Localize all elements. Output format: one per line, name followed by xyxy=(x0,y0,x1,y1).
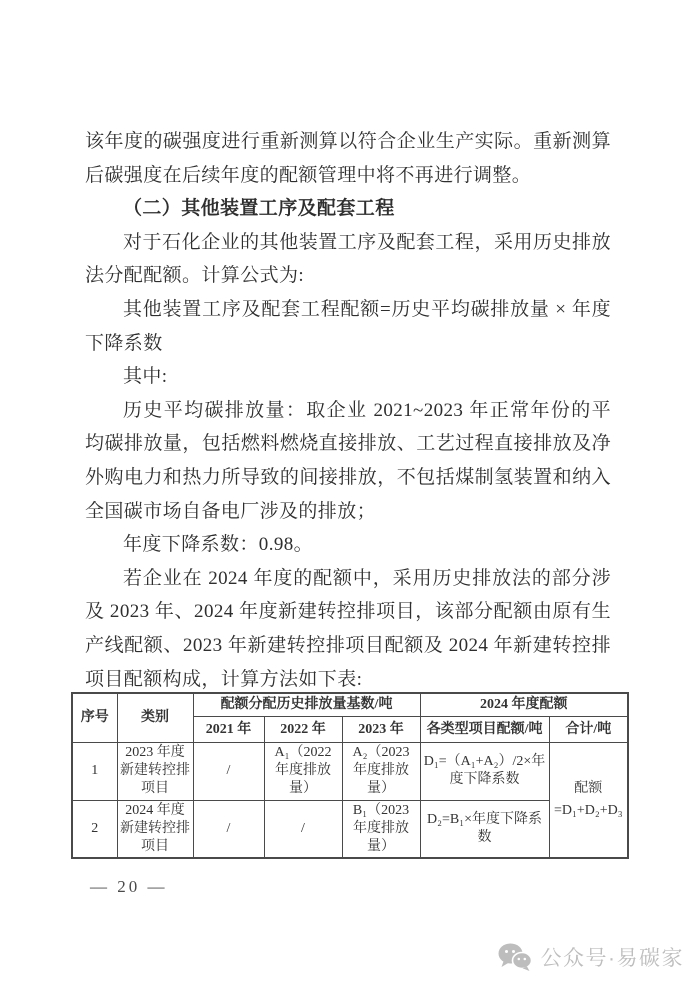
header-2023: 2023 年 xyxy=(342,716,420,742)
paragraph: 年度下降系数：0.98。 xyxy=(85,528,611,562)
cell-seq: 1 xyxy=(72,742,117,800)
header-category: 类别 xyxy=(117,693,193,742)
cell-2021: / xyxy=(193,742,264,800)
watermark: 公众号·易碳家 xyxy=(498,942,685,972)
total-line-1: 配额 xyxy=(552,778,626,800)
paragraph: 历史平均碳排放量：取企业 2021~2023 年正常年份的平均碳排放量，包括燃料… xyxy=(85,394,611,528)
header-2021: 2021 年 xyxy=(193,716,264,742)
watermark-label: 公众号·易碳家 xyxy=(541,942,685,972)
header-type-quota: 各类型项目配额/吨 xyxy=(420,716,549,742)
paragraph: 对于石化企业的其他装置工序及配套工程，采用历史排放法分配配额。计算公式为: xyxy=(85,226,611,293)
paragraph: 若企业在 2024 年度的配额中，采用历史排放法的部分涉及 2023 年、202… xyxy=(85,562,611,696)
cell-type-quota: D₁=（A₁+A₂）/2×年度下降系数 xyxy=(420,742,549,800)
table-header-row-1: 序号 类别 配额分配历史排放量基数/吨 2024 年度配额 xyxy=(72,693,628,716)
document-text-block: 该年度的碳强度进行重新测算以符合企业生产实际。重新测算后碳强度在后续年度的配额管… xyxy=(85,125,611,696)
cell-2022: / xyxy=(264,800,342,858)
header-total: 合计/吨 xyxy=(549,716,628,742)
cell-2023: A₂（2023 年度排放量） xyxy=(342,742,420,800)
paragraph-continuation: 该年度的碳强度进行重新测算以符合企业生产实际。重新测算后碳强度在后续年度的配额管… xyxy=(85,125,611,192)
cell-2022: A₁（2022 年度排放量） xyxy=(264,742,342,800)
allocation-table-wrap: 序号 类别 配额分配历史排放量基数/吨 2024 年度配额 2021 年 202… xyxy=(71,692,629,859)
document-page: 该年度的碳强度进行重新测算以符合企业生产实际。重新测算后碳强度在后续年度的配额管… xyxy=(0,0,700,990)
cell-seq: 2 xyxy=(72,800,117,858)
header-2022: 2022 年 xyxy=(264,716,342,742)
cell-type-quota: D₂=B₁×年度下降系数 xyxy=(420,800,549,858)
section-heading: （二）其他装置工序及配套工程 xyxy=(85,192,611,226)
table-row: 1 2023 年度新建转控排项目 / A₁（2022 年度排放量） A₂（202… xyxy=(72,742,628,800)
page-number: — 20 — xyxy=(90,877,168,897)
cell-category: 2024 年度新建转控排项目 xyxy=(117,800,193,858)
header-seq: 序号 xyxy=(72,693,117,742)
header-2024-group: 2024 年度配额 xyxy=(420,693,628,716)
paragraph-formula: 其他装置工序及配套工程配额=历史平均碳排放量 × 年度下降系数 xyxy=(85,293,611,360)
cell-2021: / xyxy=(193,800,264,858)
allocation-table: 序号 类别 配额分配历史排放量基数/吨 2024 年度配额 2021 年 202… xyxy=(71,692,629,859)
wechat-icon xyxy=(498,943,532,971)
paragraph: 其中: xyxy=(85,360,611,394)
total-line-2: =D₁+D₂+D₃ xyxy=(552,800,626,822)
cell-2023: B₁（2023 年度排放量） xyxy=(342,800,420,858)
cell-total-merged: 配额 =D₁+D₂+D₃ xyxy=(549,742,628,858)
table-row: 2 2024 年度新建转控排项目 / / B₁（2023 年度排放量） D₂=B… xyxy=(72,800,628,858)
header-history-group: 配额分配历史排放量基数/吨 xyxy=(193,693,420,716)
cell-category: 2023 年度新建转控排项目 xyxy=(117,742,193,800)
